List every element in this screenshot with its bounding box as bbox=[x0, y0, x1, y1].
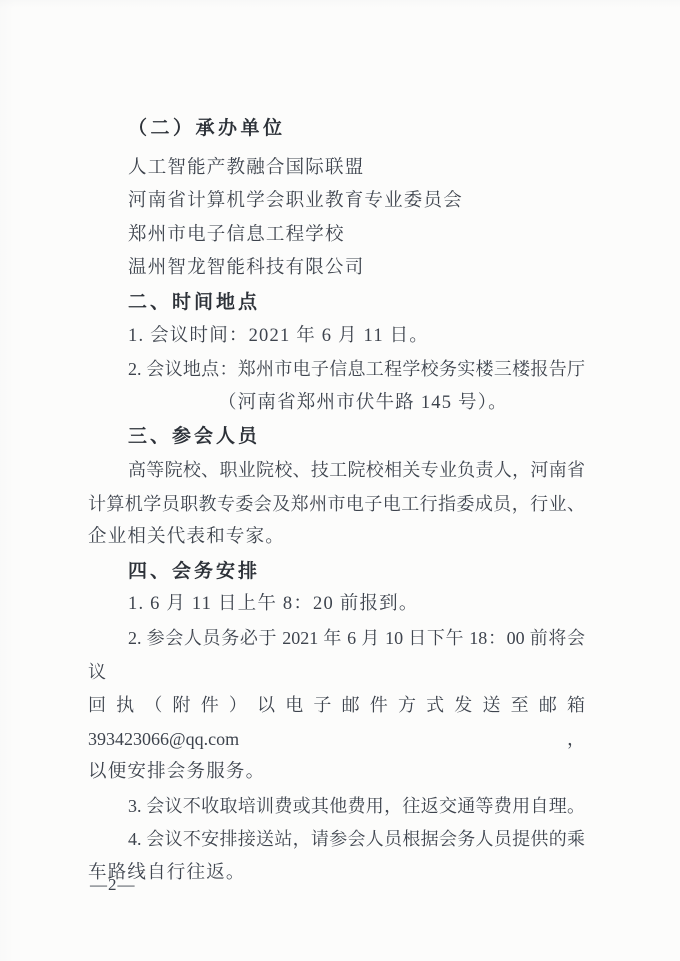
meeting-place-line: 2. 会议地点：郑州市电子信息工程学校务实楼三楼报告厅 bbox=[88, 353, 585, 387]
attendees-text-line: 企业相关代表和专家。 bbox=[88, 521, 585, 555]
attendees-text-line: 高等院校、职业院校、技工院校相关专业负责人，河南省 bbox=[88, 454, 585, 488]
organizer-name-line: 温州智龙智能科技有限公司 bbox=[88, 252, 585, 286]
section-heading-attendees: 三、参会人员 bbox=[88, 420, 585, 454]
arrangement-item-line: 4. 会议不安排接送站，请参会人员根据会务人员提供的乘 bbox=[88, 823, 585, 857]
section-heading-time-place: 二、时间地点 bbox=[88, 286, 585, 320]
arrangement-item-line: 车路线自行往返。 bbox=[88, 857, 585, 891]
organizer-name-line: 人工智能产教融合国际联盟 bbox=[88, 152, 585, 186]
arrangement-item-line: 2. 参会人员务必于 2021 年 6 月 10 日下午 18：00 前将会议 bbox=[88, 622, 585, 689]
organizer-name-line: 郑州市电子信息工程学校 bbox=[88, 219, 585, 253]
arrangement-item-line: 3. 会议不收取培训费或其他费用，往返交通等费用自理。 bbox=[88, 790, 585, 824]
page-number: —2— bbox=[90, 870, 136, 900]
arrangement-item-line: 以便安排会务服务。 bbox=[88, 756, 585, 790]
document-page: （二）承办单位 人工智能产教融合国际联盟 河南省计算机学会职业教育专业委员会 郑… bbox=[0, 0, 680, 961]
meeting-address-line: （河南省郑州市伏牛路 145 号）。 bbox=[88, 387, 585, 421]
attendees-text-line: 计算机学员职教专委会及郑州市电子电工行指委成员，行业、 bbox=[88, 488, 585, 522]
document-body: （二）承办单位 人工智能产教融合国际联盟 河南省计算机学会职业教育专业委员会 郑… bbox=[88, 112, 585, 891]
subsection-heading-organizers: （二）承办单位 bbox=[88, 112, 585, 146]
organizer-name-line: 河南省计算机学会职业教育专业委员会 bbox=[88, 185, 585, 219]
section-heading-arrangements: 四、会务安排 bbox=[88, 555, 585, 589]
arrangement-item-line: 回执（附件）以电子邮件方式发送至邮箱 393423066@qq.com， bbox=[88, 689, 585, 756]
arrangement-item-line: 1. 6 月 11 日上午 8：20 前报到。 bbox=[88, 588, 585, 622]
meeting-time-line: 1. 会议时间：2021 年 6 月 11 日。 bbox=[88, 320, 585, 354]
